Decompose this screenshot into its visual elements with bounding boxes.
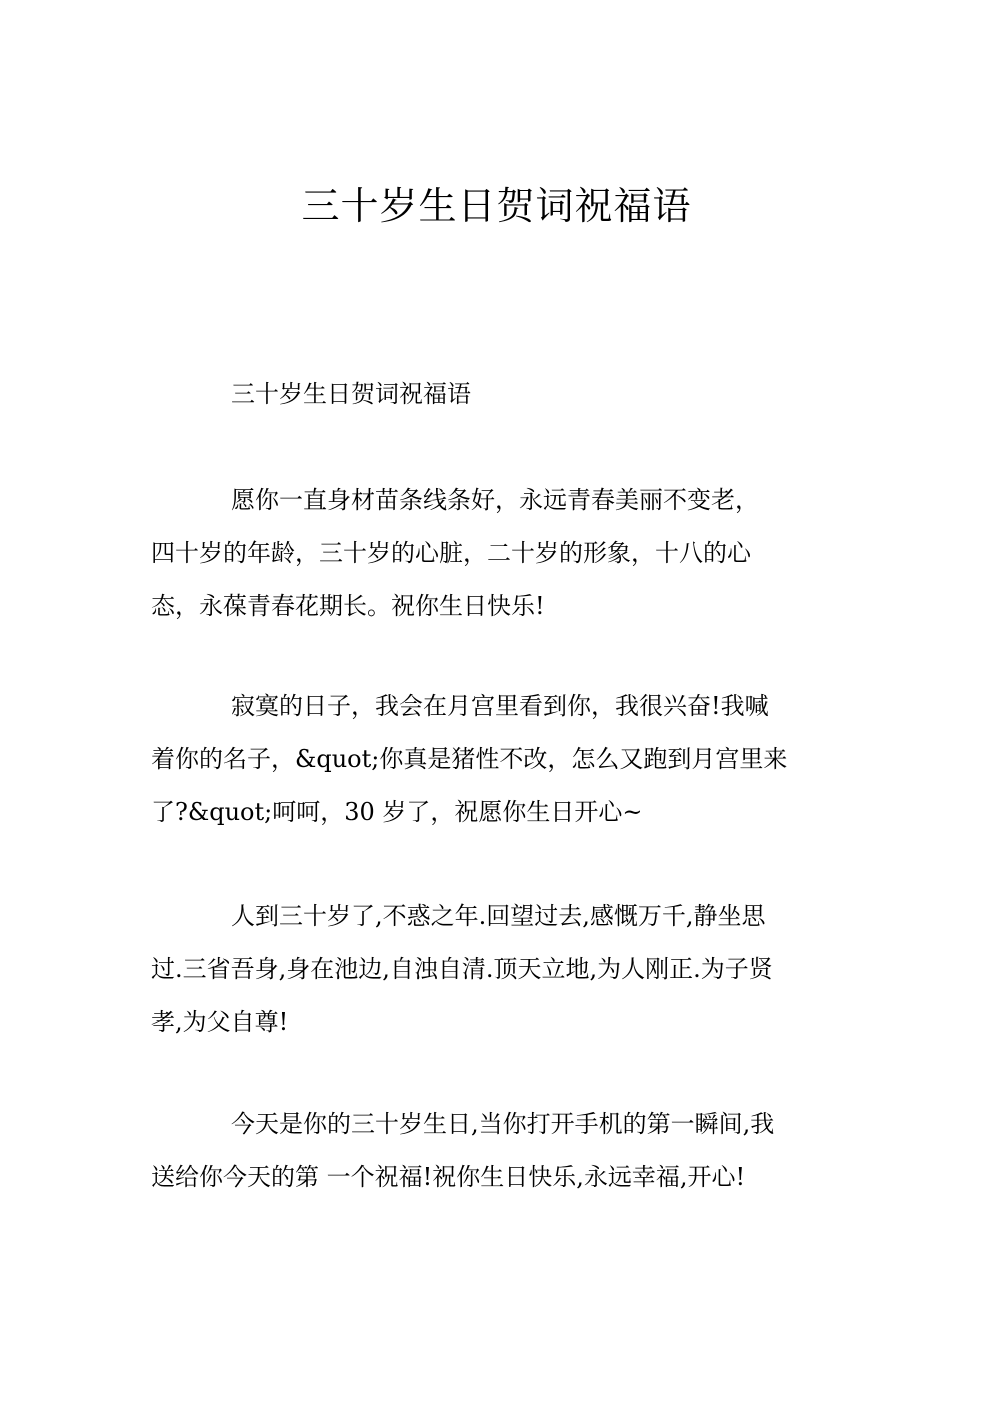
paragraph-line: 人到三十岁了,不惑之年.回望过去,感慨万千,静坐思 — [151, 898, 851, 951]
paragraph-4: 今天是你的三十岁生日,当你打开手机的第一瞬间,我 送给你今天的第 一个祝福!祝你… — [151, 1106, 851, 1212]
paragraph-line: 四十岁的年龄，三十岁的心脏，二十岁的形象，十八的心 — [151, 535, 851, 588]
paragraph-line: 愿你一直身材苗条线条好，永远青春美丽不变老， — [151, 482, 851, 535]
paragraph-line: 着你的名子，&quot;你真是猪性不改，怎么又跑到月宫里来 — [151, 741, 851, 794]
paragraph-line: 态，永葆青春花期长。祝你生日快乐! — [151, 588, 851, 641]
paragraph-line: 孝,为父自尊! — [151, 1004, 851, 1057]
document-subtitle: 三十岁生日贺词祝福语 — [231, 376, 471, 412]
document-title: 三十岁生日贺词祝福语 — [0, 178, 993, 234]
paragraph-line: 了?&quot;呵呵，30 岁了，祝愿你生日开心~ — [151, 794, 851, 847]
paragraph-2: 寂寞的日子，我会在月宫里看到你，我很兴奋!我喊 着你的名子，&quot;你真是猪… — [151, 688, 851, 847]
paragraph-line: 送给你今天的第 一个祝福!祝你生日快乐,永远幸福,开心! — [151, 1159, 851, 1212]
paragraph-line: 今天是你的三十岁生日,当你打开手机的第一瞬间,我 — [151, 1106, 851, 1159]
paragraph-1: 愿你一直身材苗条线条好，永远青春美丽不变老， 四十岁的年龄，三十岁的心脏，二十岁… — [151, 482, 851, 641]
paragraph-line: 过.三省吾身,身在池边,自浊自清.顶天立地,为人刚正.为子贤 — [151, 951, 851, 1004]
paragraph-3: 人到三十岁了,不惑之年.回望过去,感慨万千,静坐思 过.三省吾身,身在池边,自浊… — [151, 898, 851, 1057]
document-page: 三十岁生日贺词祝福语 三十岁生日贺词祝福语 愿你一直身材苗条线条好，永远青春美丽… — [0, 0, 993, 1404]
paragraph-line: 寂寞的日子，我会在月宫里看到你，我很兴奋!我喊 — [151, 688, 851, 741]
